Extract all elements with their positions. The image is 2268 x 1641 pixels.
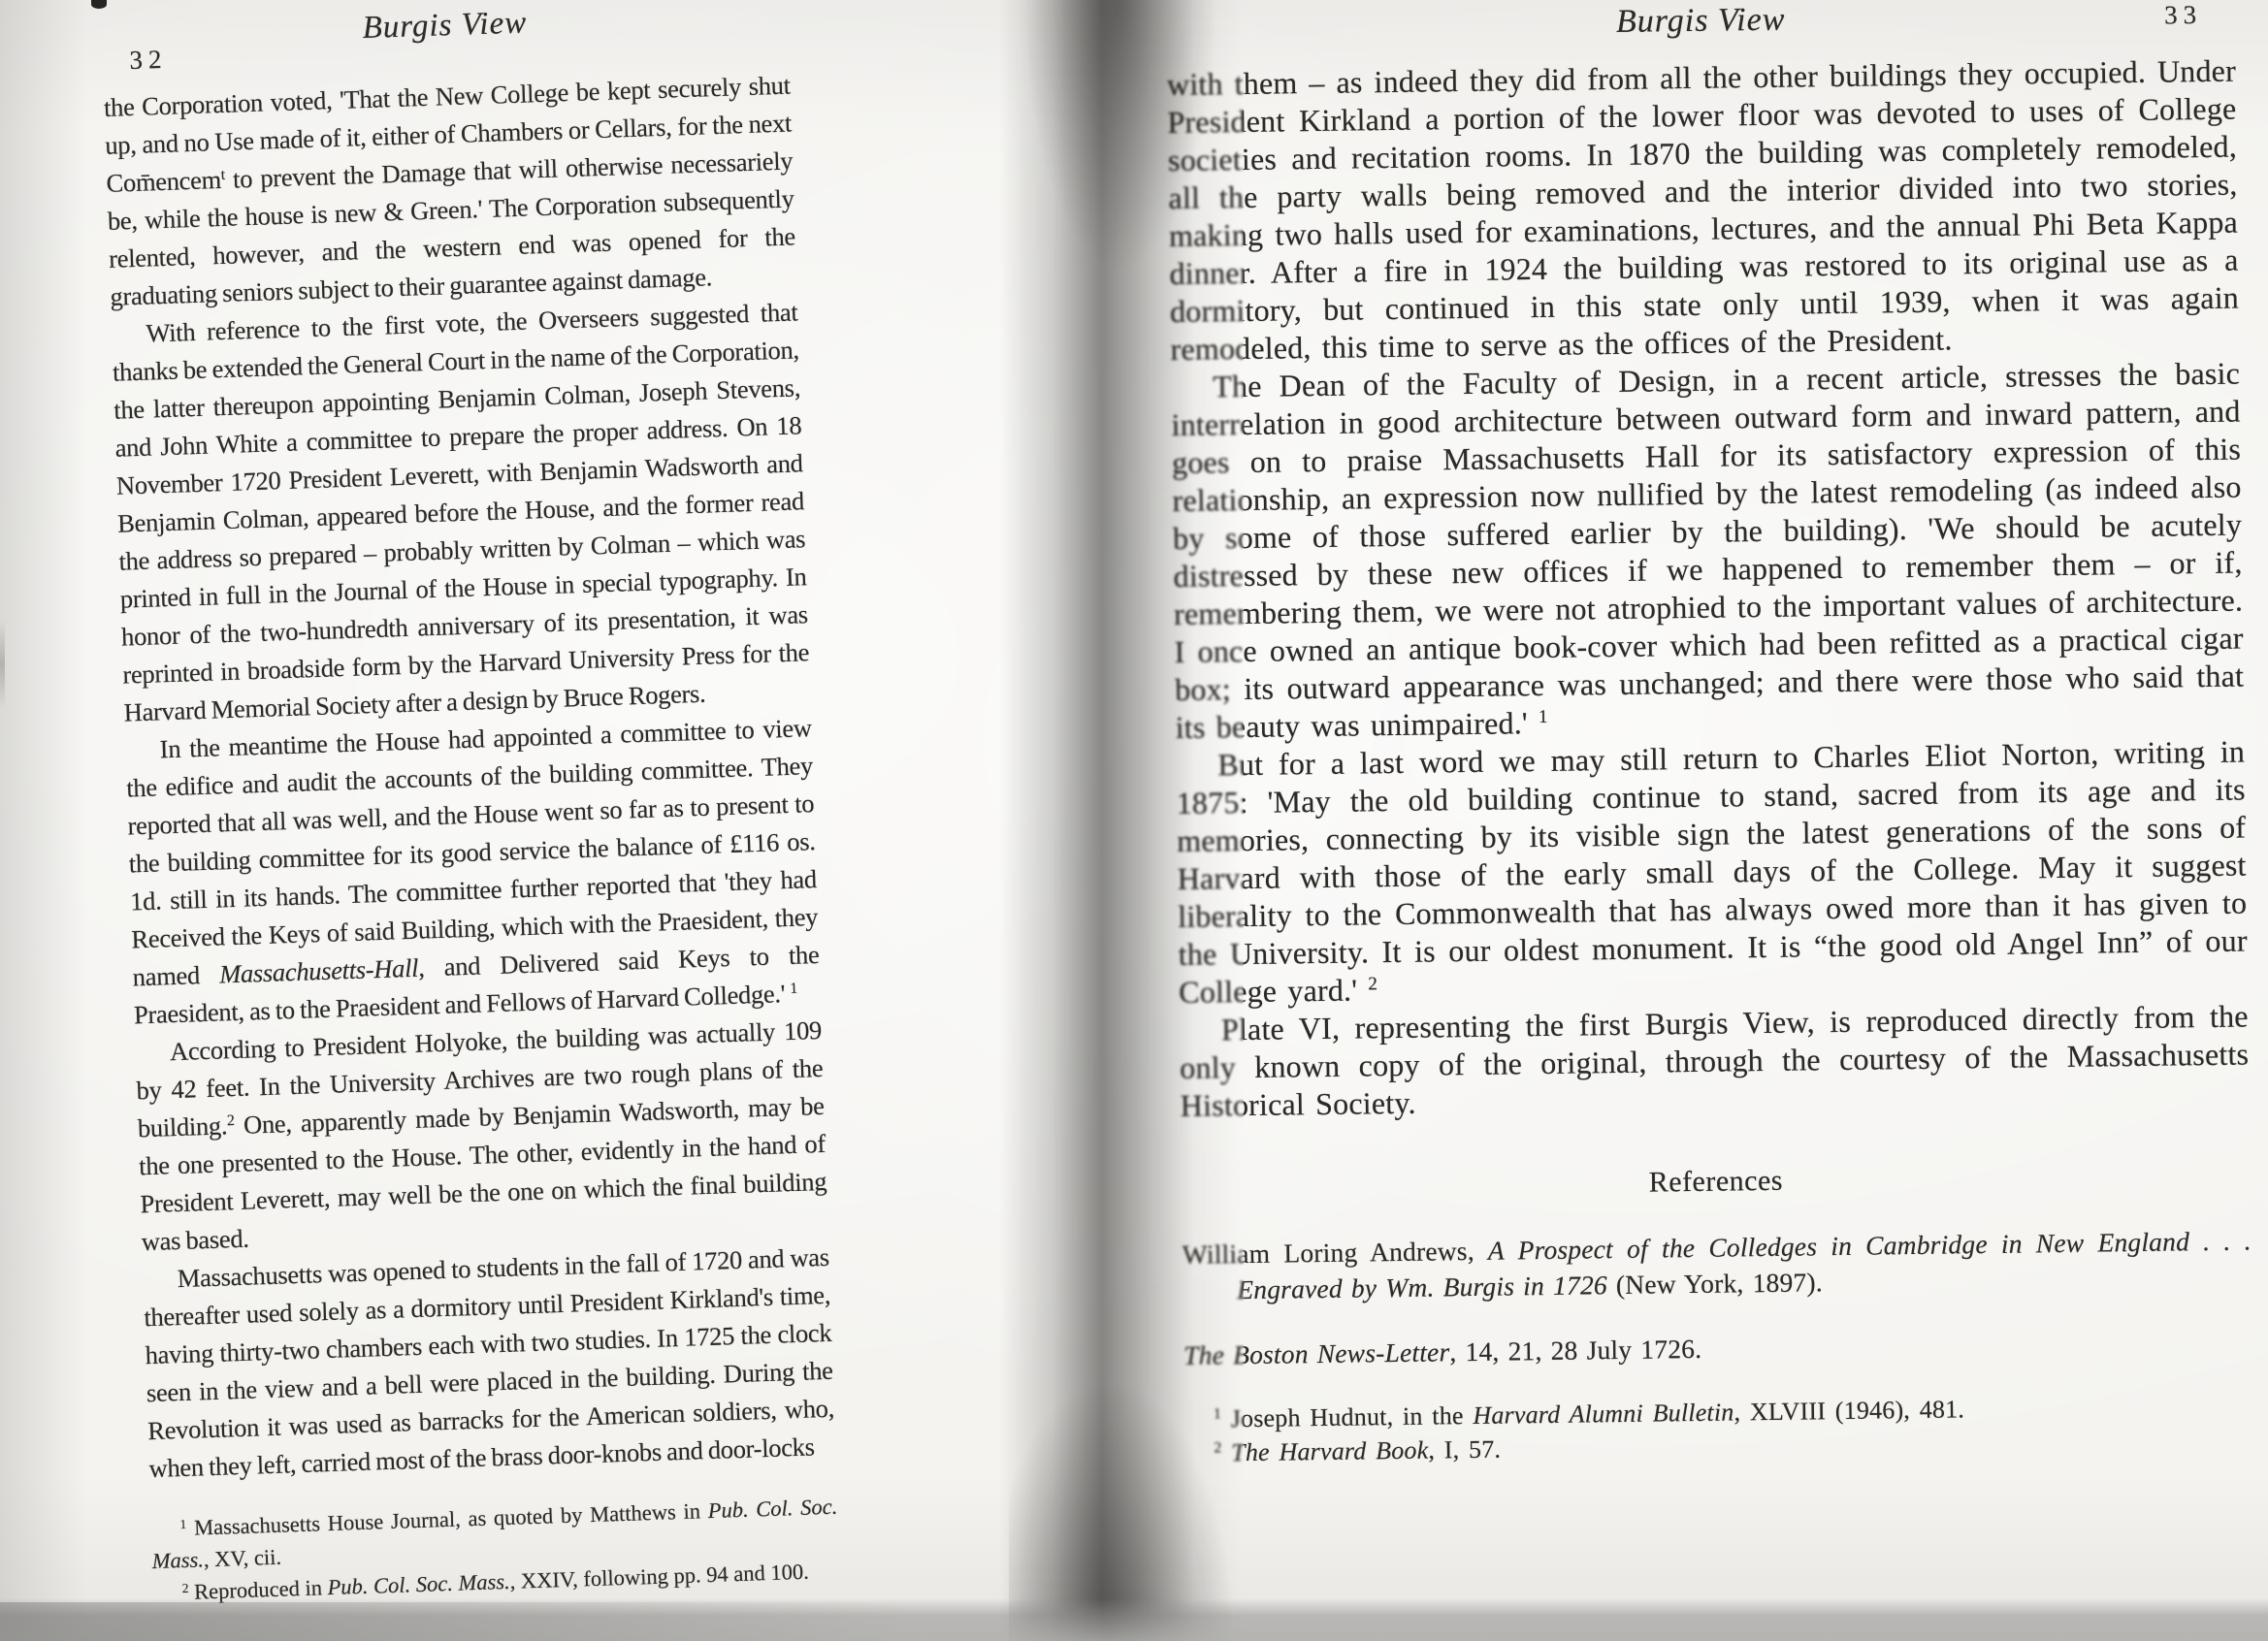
paragraph: According to President Holyoke, the buil…	[135, 1012, 828, 1261]
left-footnotes: 1 Massachusetts House Journal, as quoted…	[150, 1491, 840, 1609]
right-page-body: with them – as indeed they did from all …	[1167, 52, 2254, 1470]
right-page: Burgis View 33 with them – as indeed the…	[1166, 0, 2254, 1470]
paragraph: Massachusetts was opened to students in …	[142, 1239, 835, 1488]
bottom-scan-edge	[0, 1598, 2268, 1641]
paragraph: With reference to the first vote, the Ov…	[111, 293, 811, 731]
scan-speck	[91, 0, 107, 9]
right-page-header: Burgis View 33	[1166, 0, 2236, 54]
paragraph: But for a last word we may still return …	[1176, 733, 2248, 1012]
plate-note-paragraph: Plate VI, representing the first Burgis …	[1180, 997, 2250, 1124]
left-page-header: 32 Burgis View	[101, 0, 789, 64]
right-page-number: 33	[2164, 0, 2202, 31]
references-heading: References	[1182, 1155, 2251, 1207]
right-running-head: Burgis View	[1166, 0, 2235, 47]
paragraph: The Dean of the Faculty of Design, in a …	[1171, 355, 2245, 747]
left-edge-shade	[0, 0, 87, 1641]
reference-entry: The Boston News-Letter, 14, 21, 28 July …	[1183, 1323, 2252, 1372]
references-list: William Loring Andrews, A Prospect of th…	[1183, 1222, 2253, 1372]
paragraph: In the meantime the House had appointed …	[124, 709, 821, 1034]
reference-entry: William Loring Andrews, A Prospect of th…	[1183, 1222, 2252, 1307]
paragraph: the Corporation voted, 'That the New Col…	[103, 66, 796, 315]
left-page-body: the Corporation voted, 'That the New Col…	[103, 66, 835, 1488]
left-running-head: Burgis View	[101, 0, 789, 55]
paragraph: with them – as indeed they did from all …	[1167, 52, 2240, 369]
left-page: 32 Burgis View the Corporation voted, 'T…	[101, 0, 840, 1609]
scan-speck	[0, 621, 5, 708]
right-footnotes: 1 Joseph Hudnut, in the Harvard Alumni B…	[1184, 1388, 2254, 1469]
